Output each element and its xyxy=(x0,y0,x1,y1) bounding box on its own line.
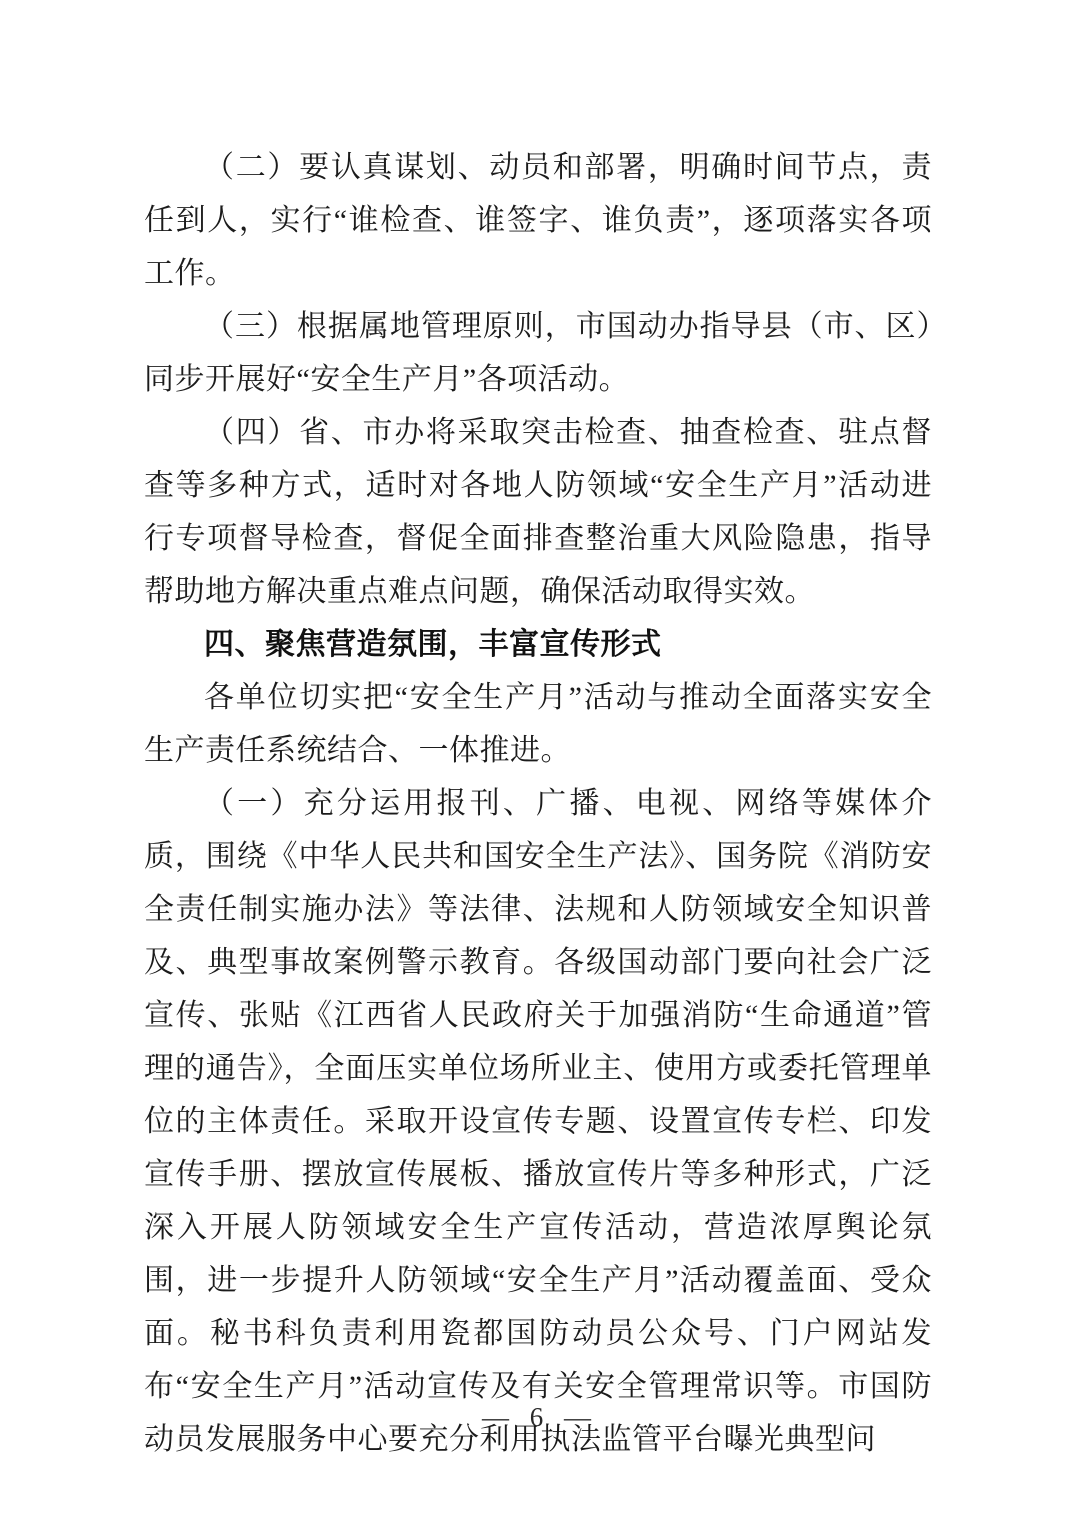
paragraph-item-3: （三）根据属地管理原则，市国动办指导县（市、区）同步开展好“安全生产月”各项活动… xyxy=(144,300,932,406)
document-page: （二）要认真谋划、动员和部署，明确时间节点，责任到人，实行“谁检查、谁签字、谁负… xyxy=(0,0,1074,1520)
paragraph-item-4: （四）省、市办将采取突击检查、抽查检查、驻点督查等多种方式，适时对各地人防领域“… xyxy=(144,406,932,618)
section-heading-4: 四、聚焦营造氛围，丰富宣传形式 xyxy=(144,618,932,671)
paragraph-item-1-publicity: （一）充分运用报刊、广播、电视、网络等媒体介质，围绕《中华人民共和国安全生产法》… xyxy=(144,777,932,1466)
paragraph-item-2: （二）要认真谋划、动员和部署，明确时间节点，责任到人，实行“谁检查、谁签字、谁负… xyxy=(144,141,932,300)
page-number: — 6 — xyxy=(482,1402,592,1432)
paragraph-section-intro: 各单位切实把“安全生产月”活动与推动全面落实安全生产责任系统结合、一体推进。 xyxy=(144,671,932,777)
document-body: （二）要认真谋划、动员和部署，明确时间节点，责任到人，实行“谁检查、谁签字、谁负… xyxy=(144,141,932,1466)
page-footer: — 6 — xyxy=(0,1402,1074,1433)
